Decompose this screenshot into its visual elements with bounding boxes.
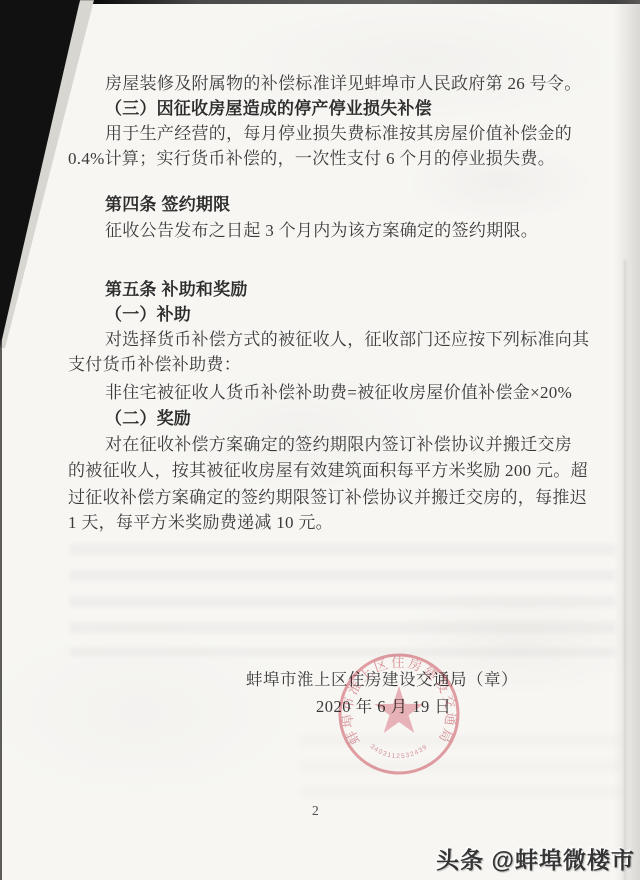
document-line: 过征收补偿方案确定的签约期限签订补偿协议并搬迁交房的，每推迟 xyxy=(68,483,582,509)
scan-right-crease xyxy=(624,260,626,880)
document-line: 非住宅被征收人货币补偿补助费=被征收房屋价值补偿金×20% xyxy=(68,378,619,404)
scan-right-edge-shadow xyxy=(614,0,640,880)
section-heading: （一）补助 xyxy=(68,300,619,326)
page-number: 2 xyxy=(312,803,319,819)
document-line: 征收公告发布之日起 3 个月内为该方案确定的签约期限。 xyxy=(68,216,619,242)
document-line: 1 天，每平方米奖励费递减 10 元。 xyxy=(68,508,582,534)
document-line: 房屋装修及附属物的补偿标准详见蚌埠市人民政府第 26 号令。 xyxy=(68,69,619,95)
document-line: 0.4%计算；实行货币补偿的，一次性支付 6 个月的停业损失费。 xyxy=(68,144,582,170)
watermark-toutiao: 头条 @蚌埠微楼市 xyxy=(436,842,635,875)
official-seal: 蚌埠市淮上区住房建设交通局 3403112532439 xyxy=(334,649,464,779)
document-line: 的被征收人，按其被征收房屋有效建筑面积每平方米奖励 200 元。超 xyxy=(68,456,582,482)
document-line: 支付货币补偿补助费： xyxy=(68,350,582,376)
bleed-through-artifact xyxy=(70,544,615,656)
section-heading: （二）奖励 xyxy=(68,404,619,430)
star-icon xyxy=(374,686,423,733)
seal-serial-number: 3403112532439 xyxy=(369,743,430,760)
document-line: 对选择货币补偿方式的被征收人，征收部门还应按下列标准向其 xyxy=(68,325,619,351)
document-line: 用于生产经营的，每月停业损失费标准按其房屋价值补偿金的 xyxy=(68,119,619,145)
section-heading: （三）因征收房屋造成的停产停业损失补偿 xyxy=(68,94,619,120)
scan-left-edge xyxy=(0,340,2,880)
scan-top-edge xyxy=(0,0,640,4)
section-heading: 第四条 签约期限 xyxy=(68,190,619,216)
scanned-document: 房屋装修及附属物的补偿标准详见蚌埠市人民政府第 26 号令。（三）因征收房屋造成… xyxy=(0,0,640,880)
document-line: 对在征收补偿方案确定的签约期限内签订补偿协议并搬迁交房 xyxy=(68,430,619,456)
section-heading: 第五条 补助和奖励 xyxy=(68,275,619,301)
